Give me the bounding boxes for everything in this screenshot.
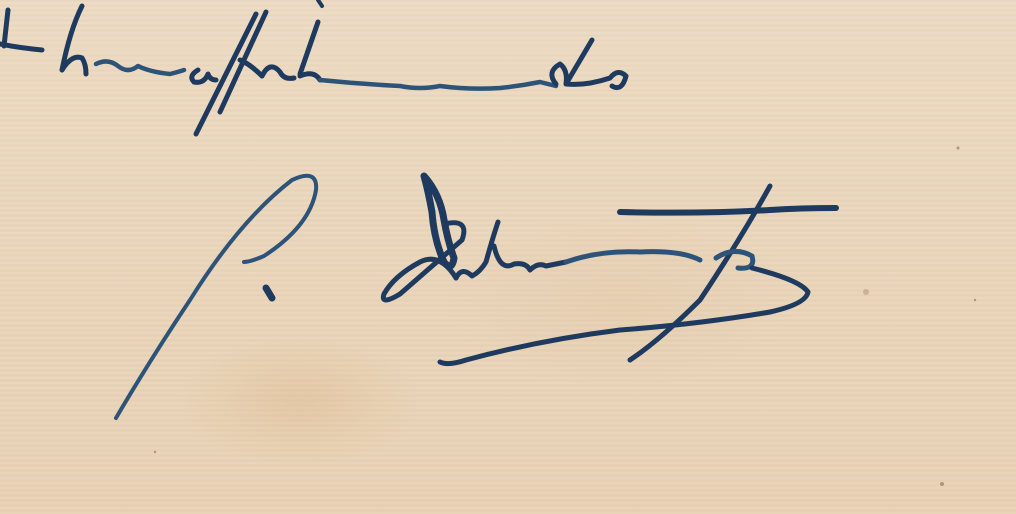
closing-line-handwriting [0, 0, 626, 134]
paper-specks [154, 147, 976, 487]
signature-handwriting [116, 176, 836, 418]
paper-sheet: … l'assurance de mes sentiments affectue… [0, 0, 1016, 514]
handwriting-strokes [0, 0, 1016, 514]
